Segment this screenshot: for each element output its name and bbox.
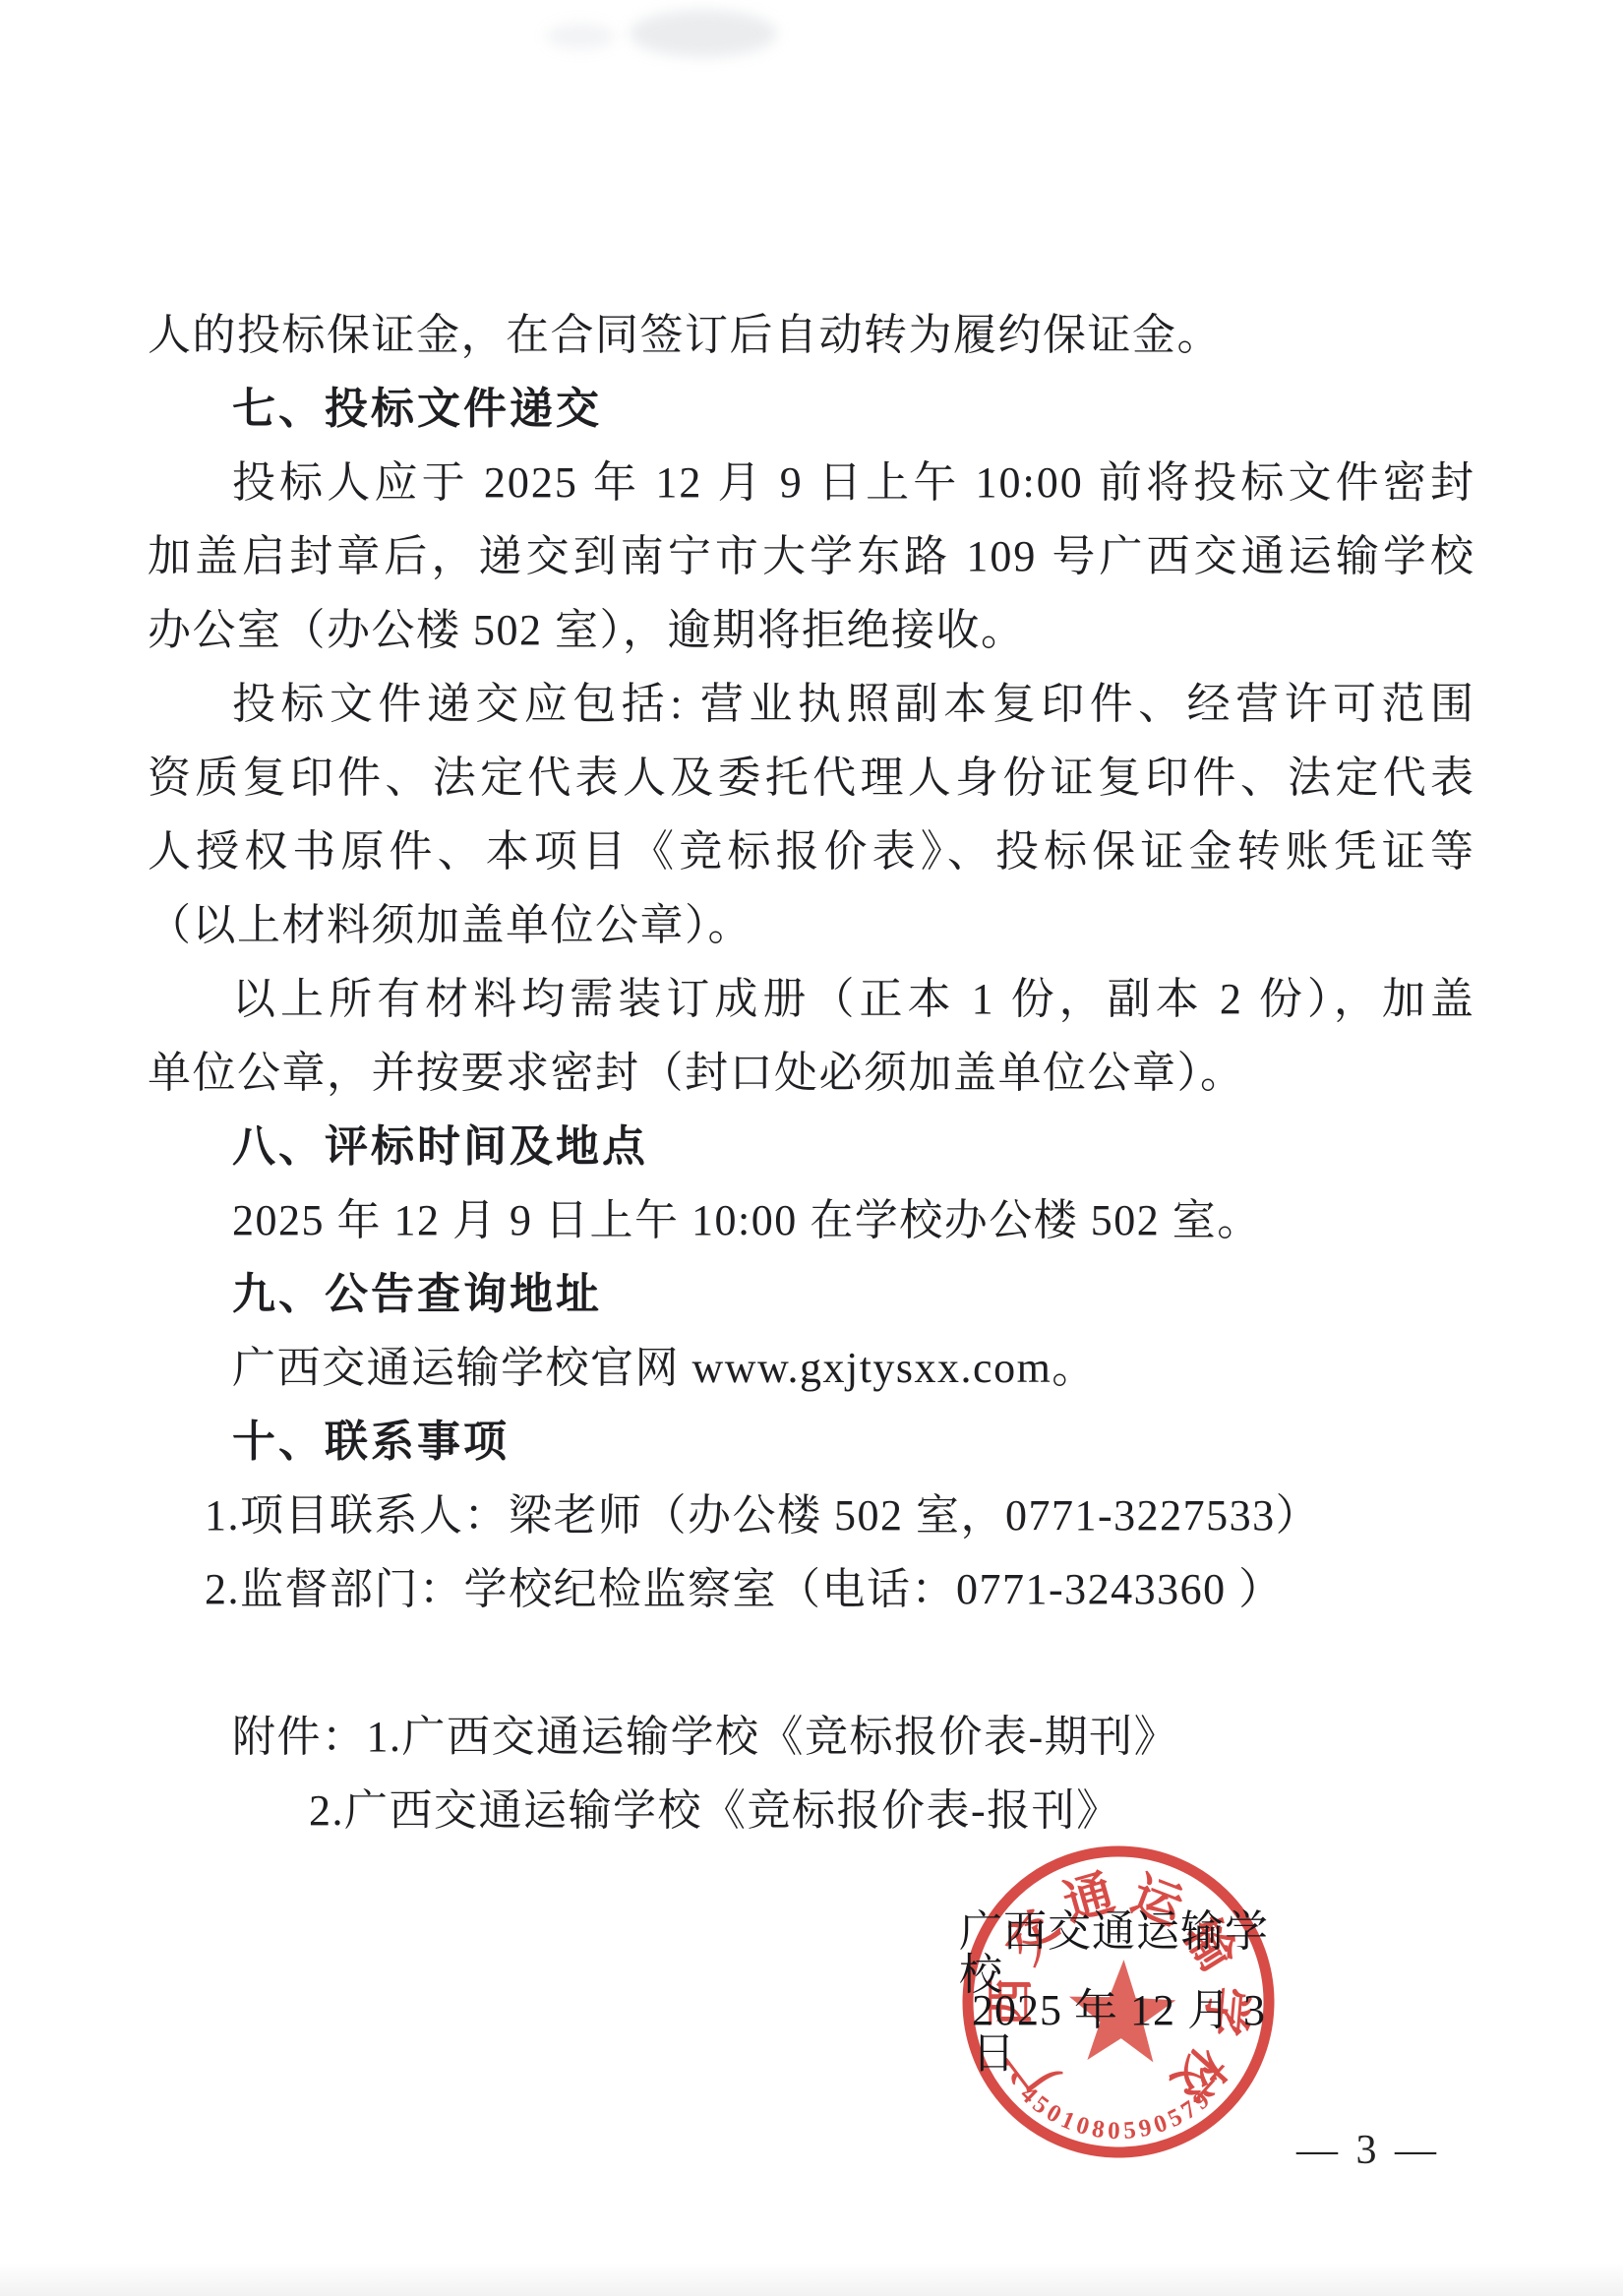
document-page: 人的投标保证金，在合同签订后自动转为履约保证金。 七、投标文件递交 投标人应于 … [0, 0, 1623, 2296]
body-line: 资质复印件、法定代表人及委托代理人身份证复印件、法定代表 [148, 741, 1475, 815]
contact-line-1: 1.项目联系人：梁老师（办公楼 502 室，0771-3227533） [148, 1479, 1475, 1552]
body-line: 投标文件递交应包括: 营业执照副本复印件、经营许可范围 [148, 667, 1475, 741]
section-heading-9: 九、公告查询地址 [148, 1257, 1475, 1331]
body-line: 人的投标保证金，在合同签订后自动转为履约保证金。 [148, 298, 1475, 372]
scan-smudge [630, 10, 777, 57]
seal-digit: 5 [1122, 2117, 1137, 2145]
section-heading-8: 八、评标时间及地点 [148, 1110, 1475, 1183]
body-line: 办公室（办公楼 502 室），逾期将拒绝接收。 [148, 593, 1475, 667]
body-line: 2025 年 12 月 9 日上午 10:00 在学校办公楼 502 室。 [148, 1183, 1475, 1257]
seal-digit: 0 [1108, 2118, 1120, 2145]
section-heading-10: 十、联系事项 [148, 1405, 1475, 1479]
signature-date: 2025 年 12 月 3 日 [972, 1989, 1296, 2076]
page-number: — 3 — [1296, 2127, 1440, 2174]
body-line: 加盖启封章后，递交到南宁市大学东路 109 号广西交通运输学校 [148, 519, 1475, 593]
contact-line-2: 2.监督部门：学校纪检监察室（电话：0771-3243360 ） [148, 1552, 1475, 1626]
body-line: 单位公章，并按要求密封（封口处必须加盖单位公章）。 [148, 1036, 1475, 1110]
section-heading-7: 七、投标文件递交 [148, 372, 1475, 446]
body-line-website: 广西交通运输学校官网 www.gxjtysxx.com。 [148, 1331, 1475, 1405]
attachment-line-1: 附件：1.广西交通运输学校《竞标报价表-期刊》 [148, 1700, 1475, 1774]
blank-line [148, 1626, 1475, 1700]
body-line: 人授权书原件、本项目《竞标报价表》、投标保证金转账凭证等 [148, 815, 1475, 888]
scan-smudge [546, 24, 615, 49]
body-line: （以上材料须加盖单位公章）。 [148, 888, 1475, 962]
body-line: 以上所有材料均需装订成册（正本 1 份，副本 2 份），加盖 [148, 962, 1475, 1036]
signature-organization: 广西交通运输学校 [959, 1910, 1303, 1997]
seal-digit: 8 [1090, 2116, 1107, 2145]
body-line: 投标人应于 2025 年 12 月 9 日上午 10:00 前将投标文件密封 [148, 446, 1475, 519]
document-body: 人的投标保证金，在合同签订后自动转为履约保证金。 七、投标文件递交 投标人应于 … [148, 298, 1475, 1847]
